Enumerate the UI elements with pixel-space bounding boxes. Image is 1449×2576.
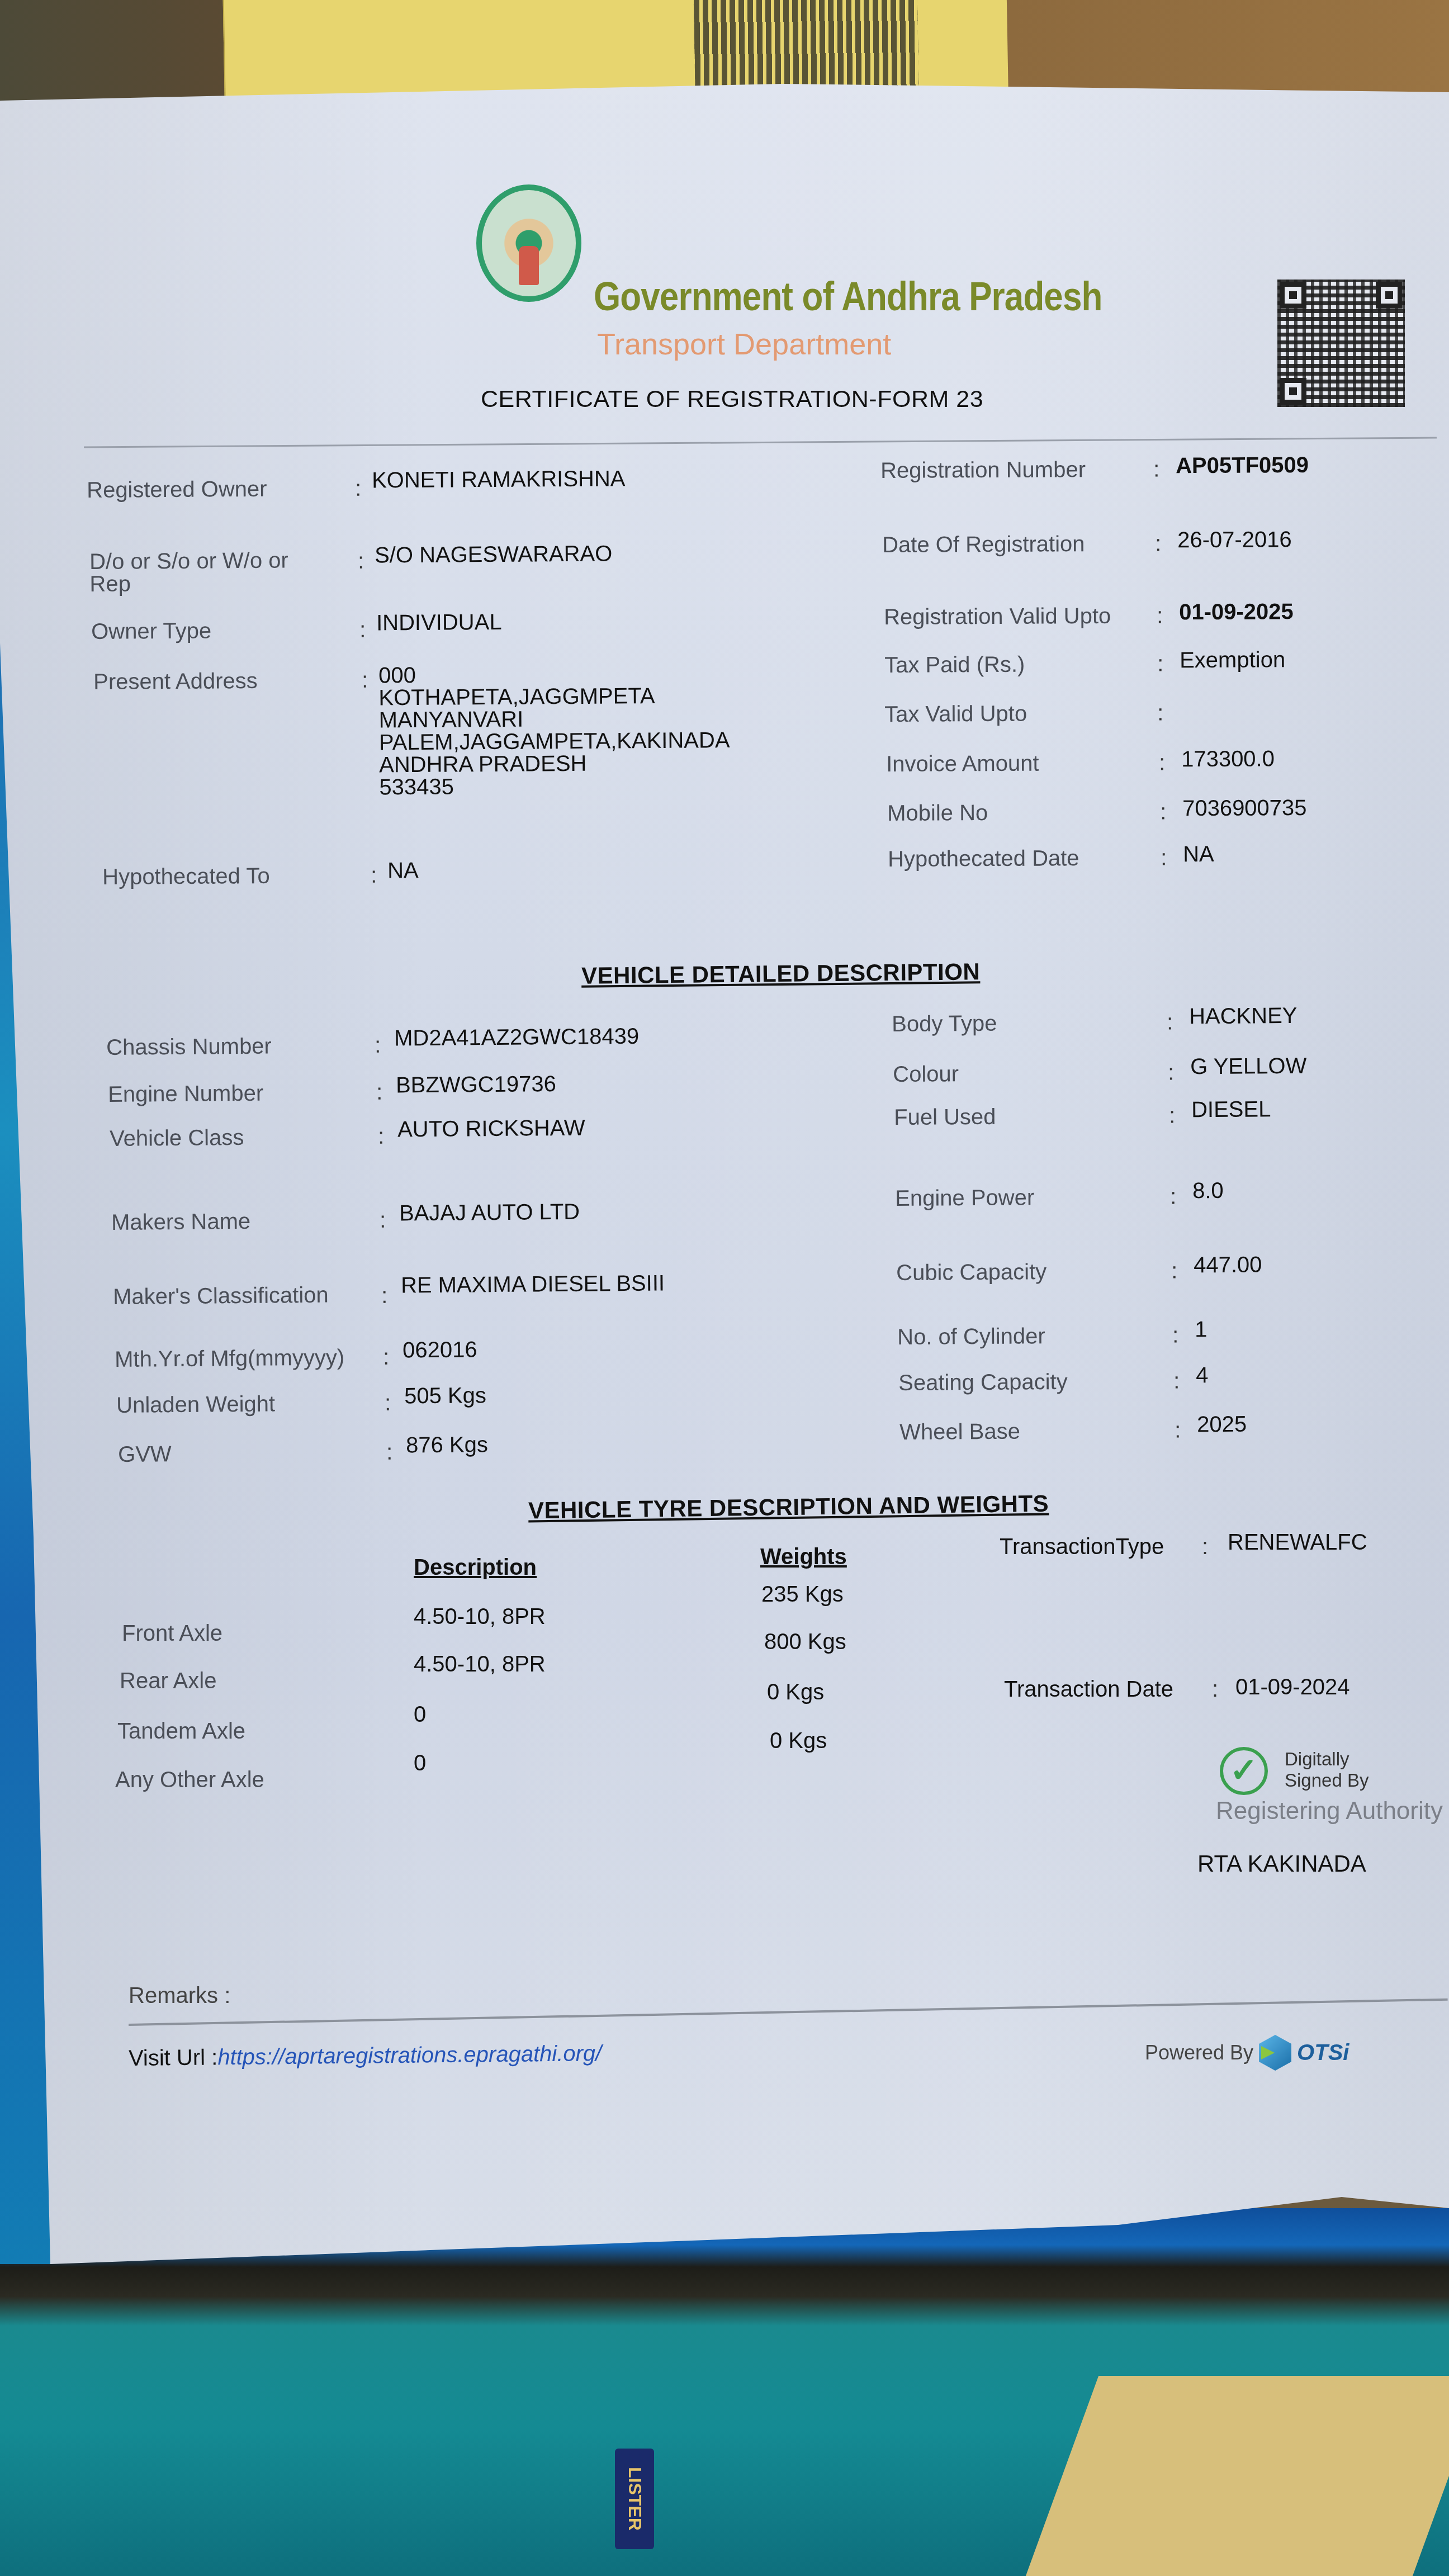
field-label: Vehicle Class bbox=[110, 1125, 244, 1152]
field-value: 173300.0 bbox=[1181, 746, 1275, 772]
field-label: Seating Capacity bbox=[898, 1370, 1068, 1396]
tyre-description-column-header: Description bbox=[414, 1555, 537, 1580]
field-value: BBZWGC19736 bbox=[396, 1072, 556, 1098]
field-value: NA bbox=[1183, 842, 1214, 867]
certificate-title: CERTIFICATE OF REGISTRATION-FORM 23 bbox=[481, 386, 983, 413]
tyre-axle-label: Any Other Axle bbox=[115, 1768, 264, 1793]
field-label: Engine Power bbox=[895, 1185, 1034, 1211]
department-title: Transport Department bbox=[597, 327, 891, 362]
field-value: 062016 bbox=[402, 1337, 477, 1363]
field-value: 8.0 bbox=[1192, 1178, 1224, 1204]
tyre-weights-column-header: Weights bbox=[760, 1545, 847, 1570]
field-label: No. of Cylinder bbox=[897, 1324, 1045, 1350]
field-value: INDIVIDUAL bbox=[376, 610, 502, 636]
divider bbox=[84, 437, 1437, 448]
tyre-axle-label: Tandem Axle bbox=[117, 1719, 245, 1744]
registration-certificate-paper: Government of Andhra Pradesh Transport D… bbox=[0, 84, 1449, 2264]
vehicle-section-heading: VEHICLE DETAILED DESCRIPTION bbox=[581, 958, 981, 989]
field-label: Date Of Registration bbox=[882, 532, 1085, 558]
field-label: Registered Owner bbox=[87, 477, 267, 503]
field-label: Colour bbox=[893, 1062, 959, 1087]
field-label: GVW bbox=[118, 1442, 172, 1467]
field-label: D/o or S/o or W/o or Rep bbox=[89, 549, 325, 595]
field-label: Present Address bbox=[93, 669, 258, 695]
tyre-weight-cell: 235 Kgs bbox=[761, 1582, 844, 1607]
field-label: Body Type bbox=[892, 1011, 997, 1037]
field-label: Maker's Classification bbox=[113, 1284, 348, 1308]
field-value: Exemption bbox=[1180, 647, 1285, 673]
field-value: MD2A41AZ2GWC18439 bbox=[394, 1024, 639, 1052]
field-label: Mobile No bbox=[887, 801, 988, 826]
field-value: NA bbox=[387, 858, 419, 883]
field-label: Invoice Amount bbox=[886, 751, 1039, 777]
footer-divider bbox=[129, 1999, 1448, 2026]
remarks-label: Remarks : bbox=[129, 1983, 230, 2009]
visit-url-row: Visit Url :https://aprtaregistrations.ep… bbox=[129, 2041, 602, 2071]
field-value: HACKNEY bbox=[1189, 1003, 1298, 1029]
field-value: 505 Kgs bbox=[404, 1383, 486, 1409]
signed-by-label: Signed By bbox=[1285, 1770, 1368, 1791]
field-label: Makers Name bbox=[111, 1209, 250, 1235]
field-value: 447.00 bbox=[1194, 1252, 1262, 1278]
field-value: 2025 bbox=[1197, 1412, 1247, 1438]
qr-code-icon[interactable] bbox=[1277, 280, 1405, 407]
field-label: Engine Number bbox=[108, 1081, 263, 1107]
rta-office: RTA KAKINADA bbox=[1197, 1850, 1366, 1877]
powered-by-label: Powered By bbox=[1145, 2041, 1253, 2064]
field-value: 4 bbox=[1196, 1363, 1209, 1388]
transaction-type-value: RENEWALFC bbox=[1228, 1530, 1367, 1555]
field-value: S/O NAGESWARARAO bbox=[375, 541, 613, 568]
field-label: Tax Valid Upto bbox=[884, 702, 1027, 727]
clothing-label: LISTER bbox=[615, 2449, 654, 2549]
field-value: 876 Kgs bbox=[406, 1432, 488, 1458]
tyre-description-cell: 0 bbox=[414, 1702, 426, 1727]
field-label: Cubic Capacity bbox=[896, 1259, 1046, 1286]
field-label: Registration Valid Upto bbox=[884, 604, 1111, 630]
background-floor bbox=[1026, 2376, 1449, 2576]
field-label: Hypothecated To bbox=[102, 864, 270, 890]
field-value: KONETI RAMAKRISHNA bbox=[372, 466, 626, 493]
digitally-label: Digitally bbox=[1285, 1749, 1349, 1770]
registering-authority-label: Registering Authority bbox=[1216, 1797, 1443, 1825]
tyre-axle-label: Front Axle bbox=[122, 1621, 222, 1646]
field-value: 26-07-2016 bbox=[1177, 527, 1292, 553]
field-label: Chassis Number bbox=[106, 1034, 272, 1060]
tyre-weight-cell: 800 Kgs bbox=[764, 1630, 846, 1655]
transaction-date-value: 01-09-2024 bbox=[1235, 1675, 1350, 1700]
field-value: DIESEL bbox=[1191, 1097, 1271, 1123]
ap-state-emblem-icon bbox=[476, 184, 581, 302]
tyre-description-cell: 4.50-10, 8PR bbox=[414, 1604, 546, 1630]
tyre-description-cell: 4.50-10, 8PR bbox=[414, 1652, 546, 1677]
field-label: Wheel Base bbox=[899, 1419, 1020, 1445]
field-label: Mth.Yr.of Mfg(mmyyyy) bbox=[115, 1345, 345, 1372]
powered-by: Powered By OTSi bbox=[1145, 2035, 1349, 2071]
field-label: Owner Type bbox=[91, 618, 211, 644]
tyre-axle-label: Rear Axle bbox=[120, 1669, 216, 1694]
field-label: Registration Number bbox=[880, 457, 1086, 484]
field-value: 7036900735 bbox=[1182, 795, 1307, 821]
field-value: AUTO RICKSHAW bbox=[397, 1116, 585, 1143]
government-title: Government of Andhra Pradesh bbox=[594, 274, 1102, 320]
field-value: 01-09-2025 bbox=[1179, 599, 1294, 625]
tyre-description-cell: 0 bbox=[414, 1751, 426, 1776]
tyre-weight-cell: 0 Kgs bbox=[767, 1680, 824, 1705]
lion-capital-icon bbox=[519, 246, 539, 285]
field-value: AP05TF0509 bbox=[1176, 453, 1309, 479]
otsi-logo-icon bbox=[1259, 2035, 1291, 2071]
field-label: Fuel Used bbox=[894, 1105, 996, 1130]
field-value: 000 KOTHAPETA,JAGGMPETA MANYANVARI PALEM… bbox=[378, 662, 730, 798]
tyre-weight-cell: 0 Kgs bbox=[770, 1729, 827, 1754]
field-label: Unladen Weight bbox=[116, 1392, 275, 1418]
visit-url-label: Visit Url : bbox=[129, 2045, 218, 2071]
field-value: G YELLOW bbox=[1190, 1054, 1307, 1079]
field-value: 1 bbox=[1195, 1317, 1207, 1342]
vendor-name: OTSi bbox=[1297, 2040, 1349, 2066]
tyre-section-heading: VEHICLE TYRE DESCRIPTION AND WEIGHTS bbox=[528, 1490, 1049, 1524]
field-label: Tax Paid (Rs.) bbox=[884, 652, 1025, 678]
visit-url-link[interactable]: https://aprtaregistrations.epragathi.org… bbox=[217, 2041, 602, 2070]
field-value: BAJAJ AUTO LTD bbox=[399, 1200, 580, 1227]
check-circle-icon: ✓ bbox=[1220, 1747, 1268, 1795]
field-value: RE MAXIMA DIESEL BSIII bbox=[401, 1271, 665, 1298]
field-label: Hypothecated Date bbox=[888, 846, 1079, 872]
